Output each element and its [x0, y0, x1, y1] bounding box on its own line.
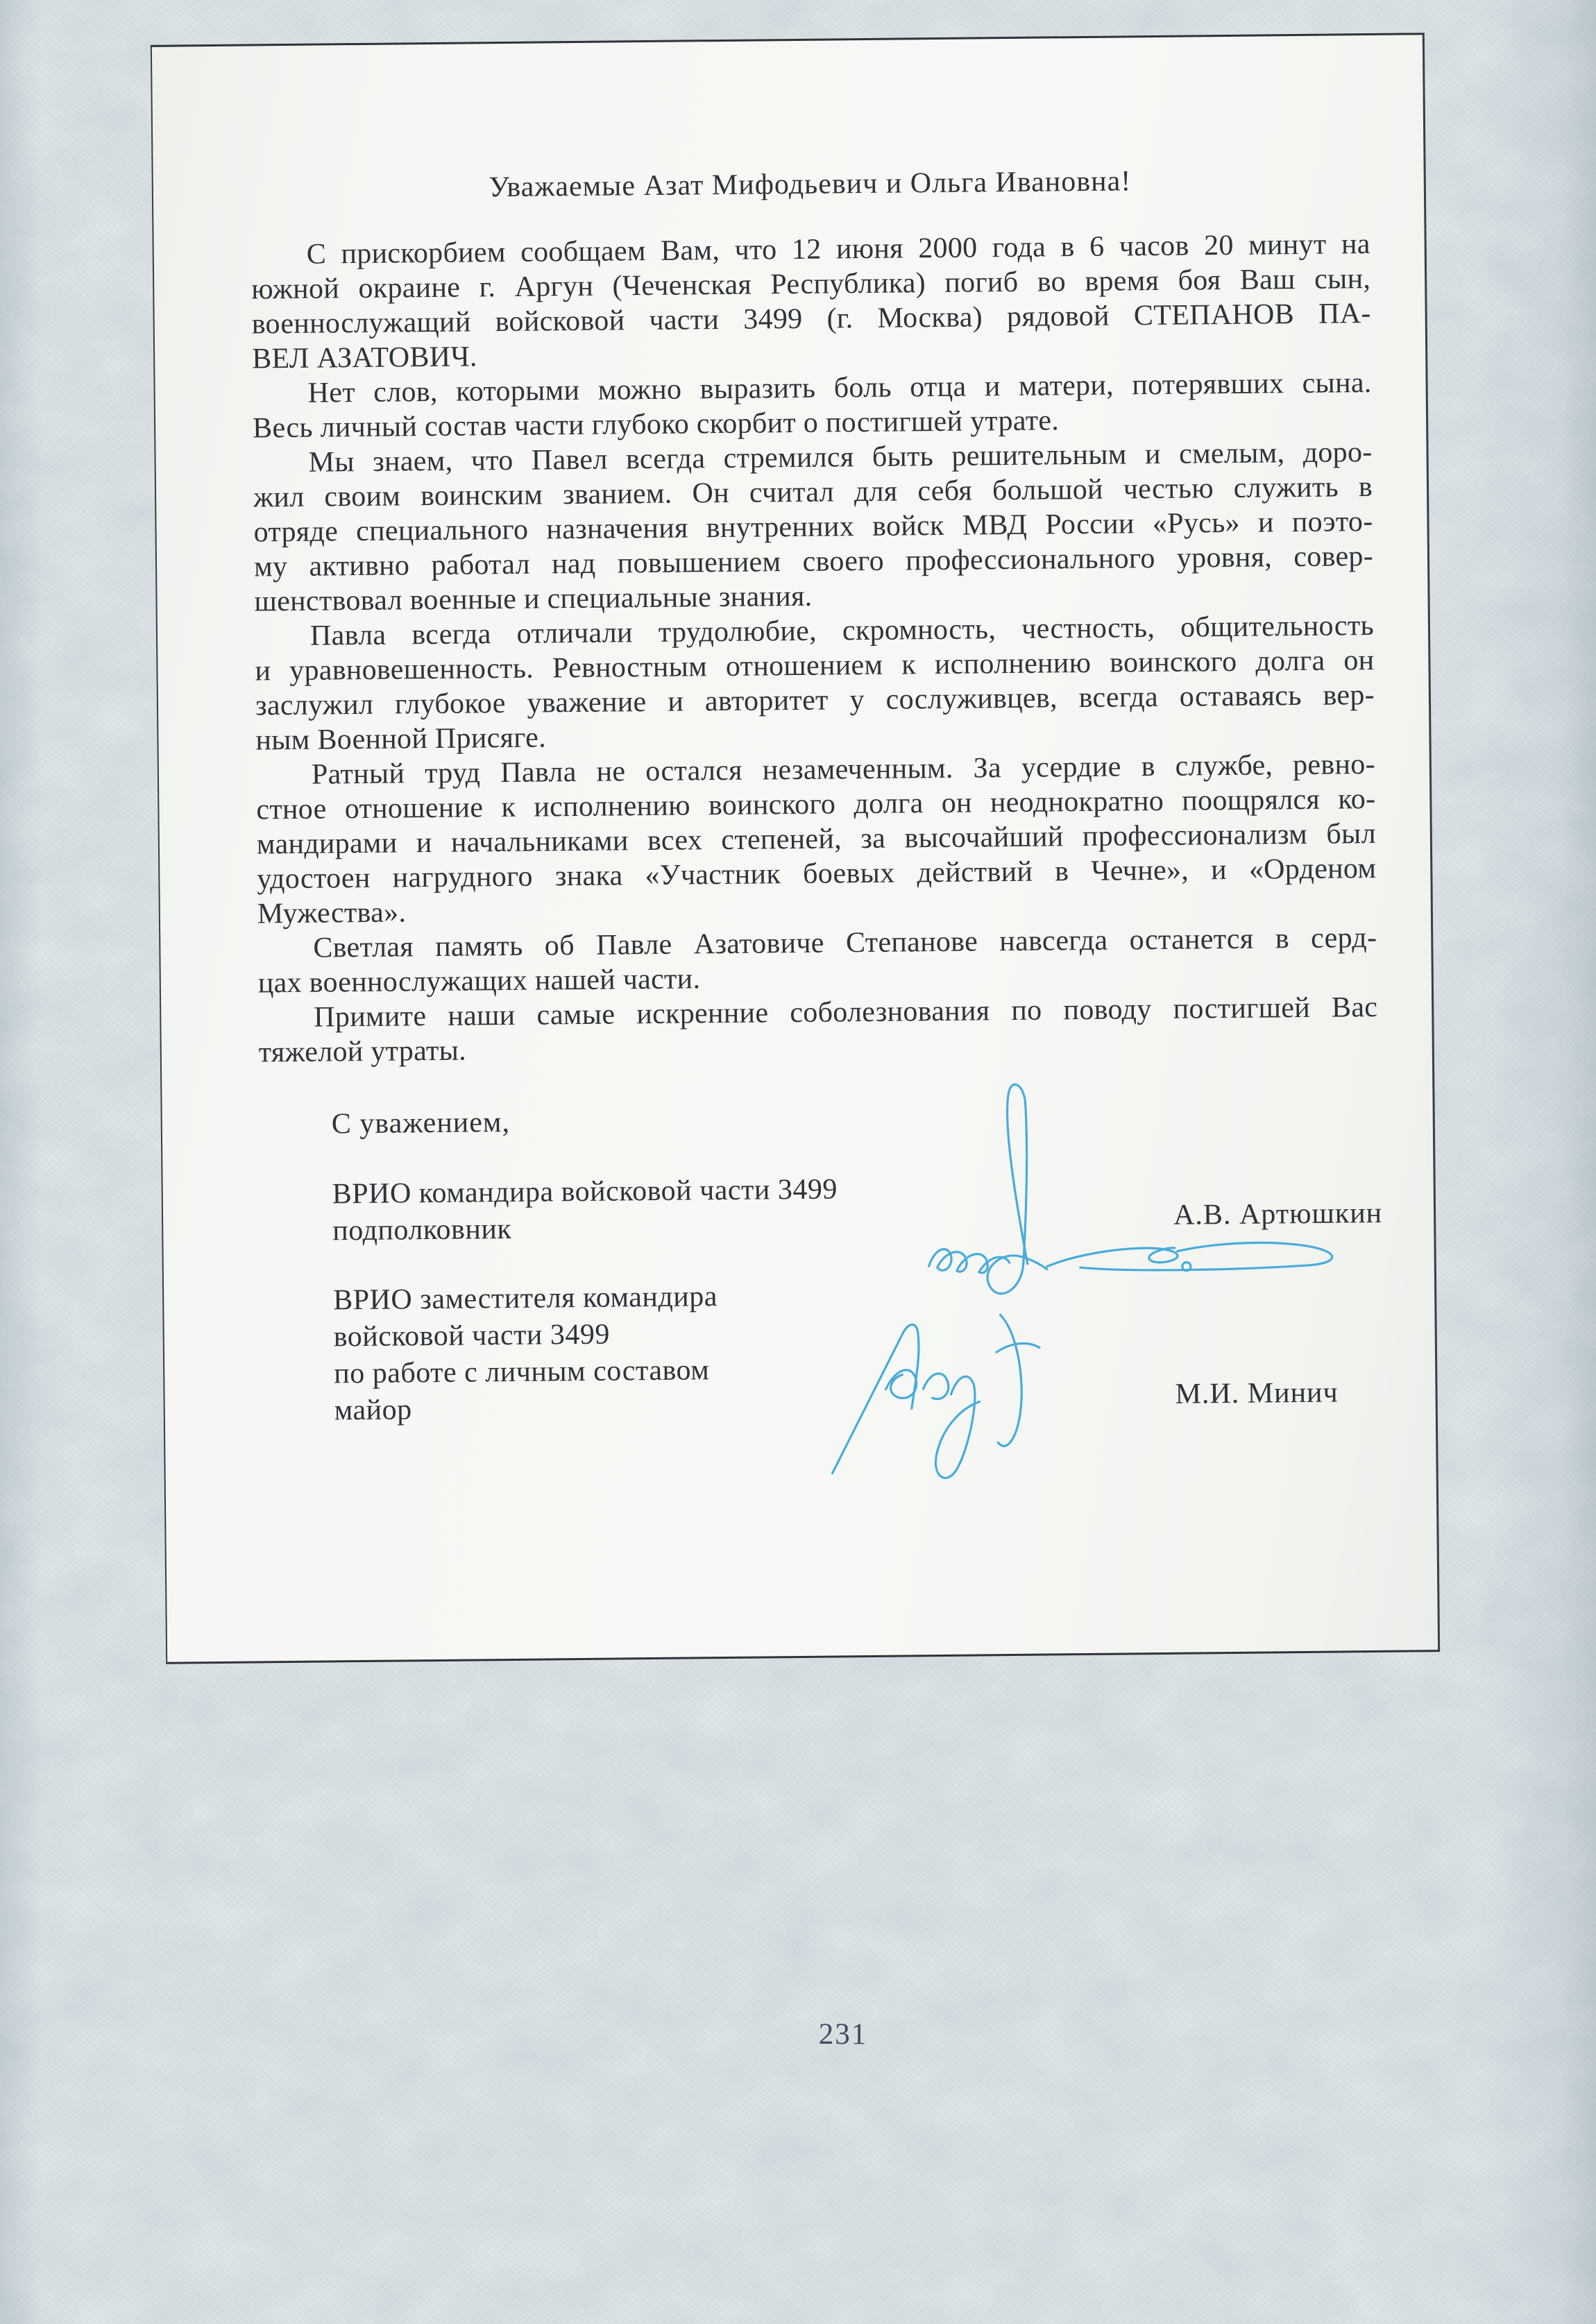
signature-ink-2 — [818, 1303, 1069, 1485]
paragraph: Ратный труд Павла не остался незамеченны… — [256, 747, 1377, 931]
paragraph: Нет слов, которыми можно выразить боль о… — [252, 366, 1372, 445]
paragraph: Примите наши самые искренние соболезнова… — [258, 990, 1378, 1070]
scan-edge-shadow-left — [0, 0, 42, 2324]
paragraph: С прискорбием сообщаем Вам, что 12 июня … — [251, 227, 1372, 376]
signer-name-minich: М.И. Минич — [1175, 1374, 1591, 1411]
page-number: 231 — [791, 2017, 895, 2051]
letter-page: Уважаемые Азат Мифодьевич и Ольга Иванов… — [151, 33, 1440, 1664]
scan-edge-shadow-right — [1478, 0, 1596, 2324]
signature-ink-1 — [920, 1075, 1352, 1315]
letter-body: С прискорбием сообщаем Вам, что 12 июня … — [251, 227, 1378, 1070]
paragraph: Светлая память об Павле Азатовиче Степан… — [257, 921, 1377, 1000]
salutation: Уважаемые Азат Мифодьевич и Ольга Иванов… — [251, 162, 1370, 207]
paragraph: Мы знаем, что Павел всегда стремился быт… — [253, 435, 1373, 619]
paragraph: Павла всегда отличали трудолюбие, скромн… — [255, 608, 1375, 758]
